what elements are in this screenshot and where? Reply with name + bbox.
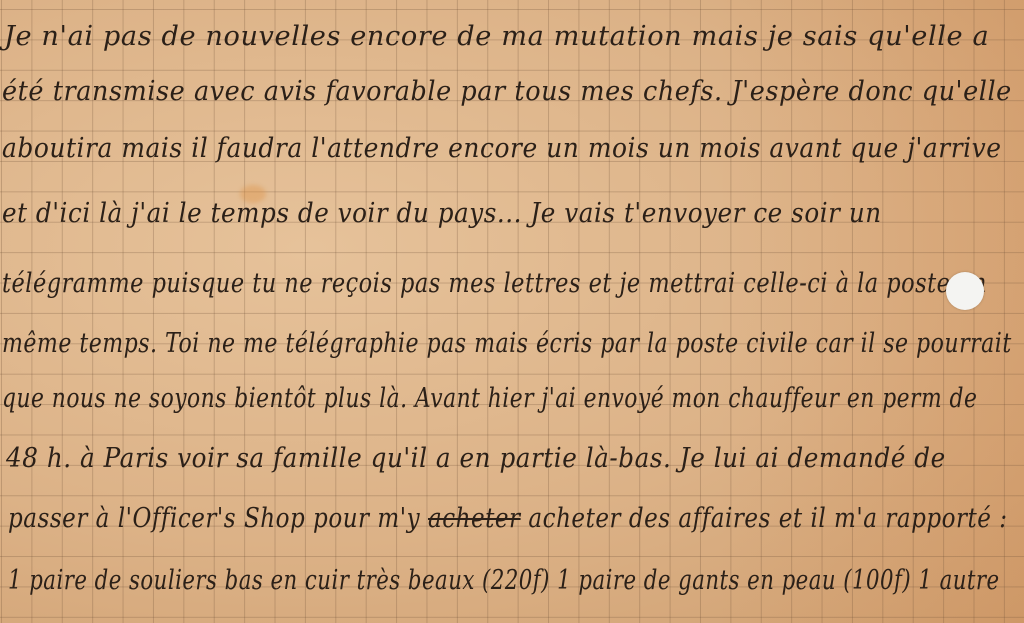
letter-line-4: et d'ici là j'ai le temps de voir du pay… <box>2 200 882 227</box>
letter-page: Je n'ai pas de nouvelles encore de ma mu… <box>0 0 1024 623</box>
letter-line-6: même temps. Toi ne me télégraphie pas ma… <box>2 330 1012 357</box>
letter-line-5: télégramme puisque tu ne reçois pas mes … <box>2 270 987 297</box>
letter-line-7: que nous ne soyons bientôt plus là. Avan… <box>2 385 977 412</box>
struck-word: acheter <box>428 503 521 534</box>
line-9-end: acheter des affaires et il m'a rapporté … <box>521 503 1008 534</box>
line-9-start: passer à l'Officer's Shop pour m'y <box>8 503 428 534</box>
letter-line-2: été transmise avec avis favorable par to… <box>2 78 1012 105</box>
punch-hole <box>946 272 984 310</box>
letter-line-10: 1 paire de souliers bas en cuir très bea… <box>8 567 1000 594</box>
letter-line-3: aboutira mais il faudra l'attendre encor… <box>2 135 1002 162</box>
letter-line-9: passer à l'Officer's Shop pour m'y achet… <box>8 505 1008 532</box>
letter-line-8: 48 h. à Paris voir sa famille qu'il a en… <box>6 445 946 472</box>
letter-line-1: Je n'ai pas de nouvelles encore de ma mu… <box>4 23 989 50</box>
